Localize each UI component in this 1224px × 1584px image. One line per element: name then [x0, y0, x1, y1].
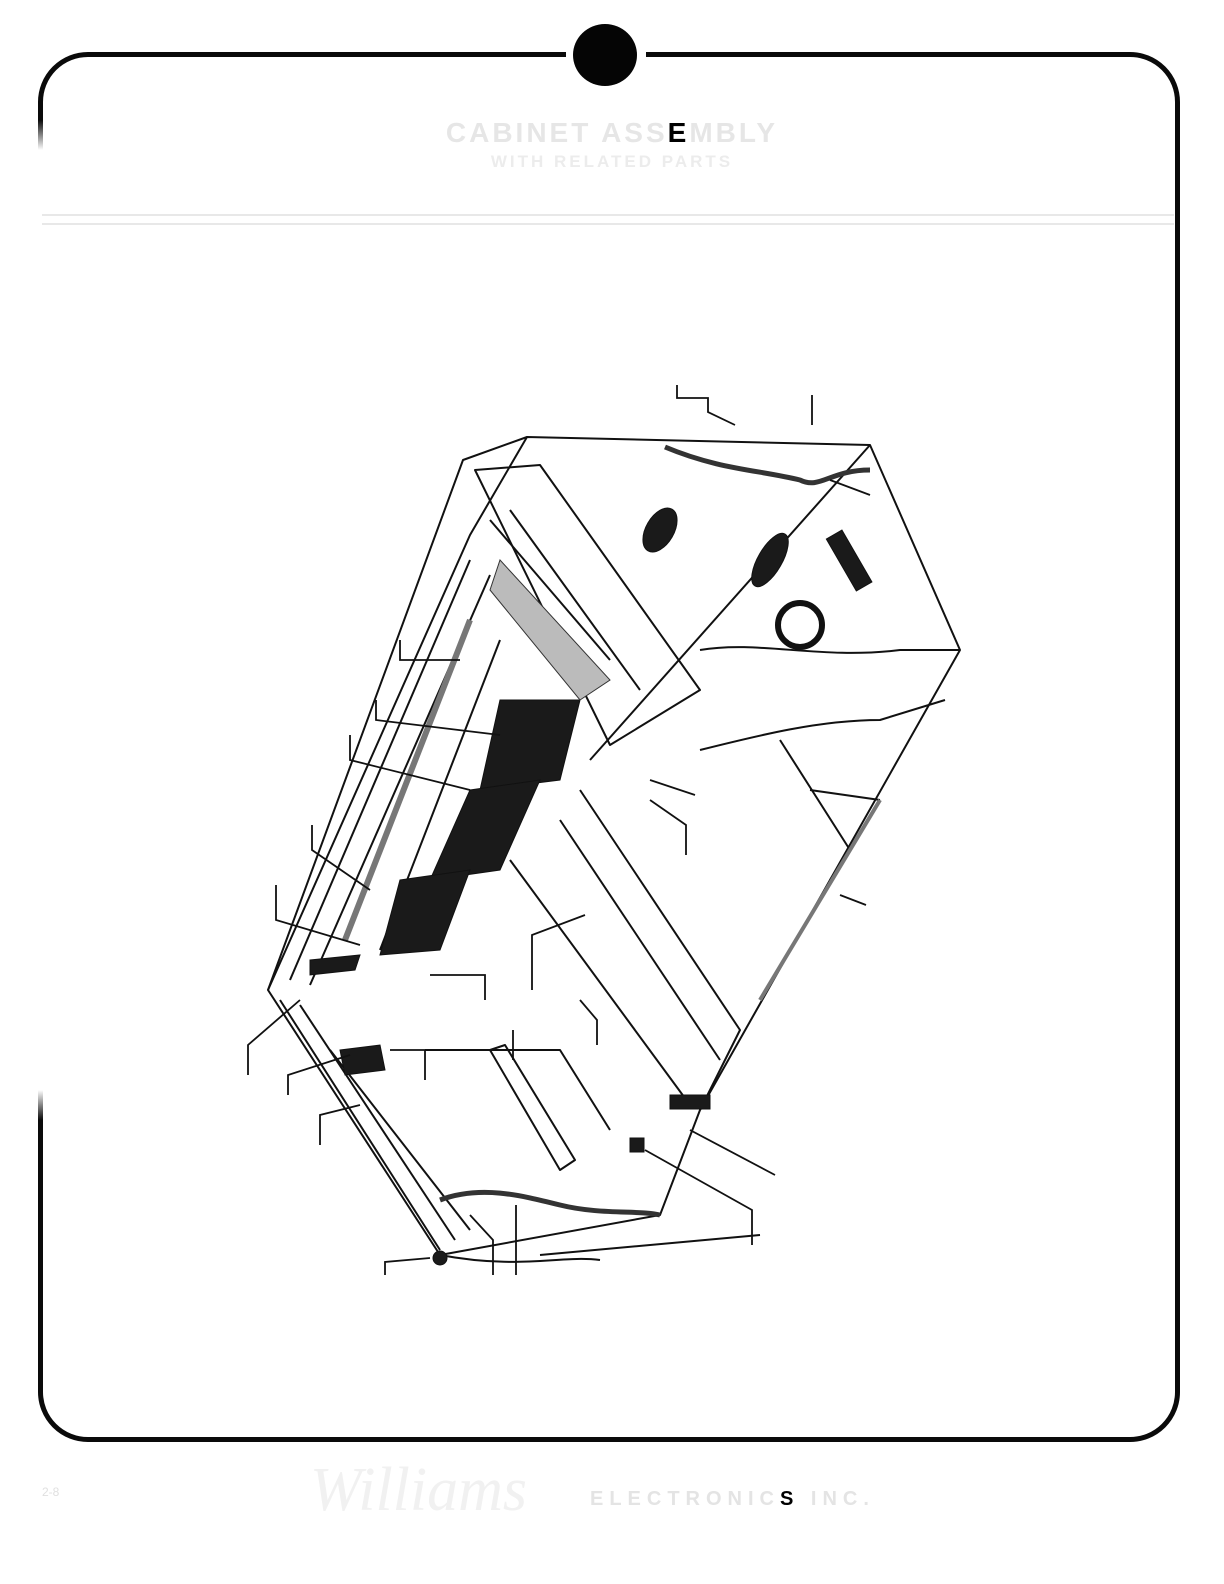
- leveler-foot: [433, 1251, 447, 1265]
- circuit-board-assembly: [480, 700, 580, 790]
- cash-box-lock: [670, 1095, 710, 1109]
- cabinet-assembly-drawing: [0, 0, 1224, 1584]
- coin-switch: [630, 1138, 644, 1152]
- company-name-highlight: S: [780, 1488, 799, 1510]
- line-filter: [310, 955, 360, 975]
- callout-leaders: [248, 385, 870, 1275]
- company-name: ELECTRONICS INC.: [590, 1488, 875, 1511]
- speaker: [778, 603, 822, 647]
- vent-grille: [490, 560, 610, 700]
- fan-assembly: [636, 502, 684, 558]
- transformer: [745, 528, 796, 592]
- company-logo: Williams: [310, 1455, 527, 1526]
- power-supply-box: [826, 530, 872, 591]
- page-number: 2-8: [42, 1485, 59, 1499]
- interlock-switch: [340, 1045, 385, 1075]
- company-name-suffix: INC.: [799, 1488, 875, 1510]
- company-name-faded: ELECTRONIC: [590, 1488, 780, 1510]
